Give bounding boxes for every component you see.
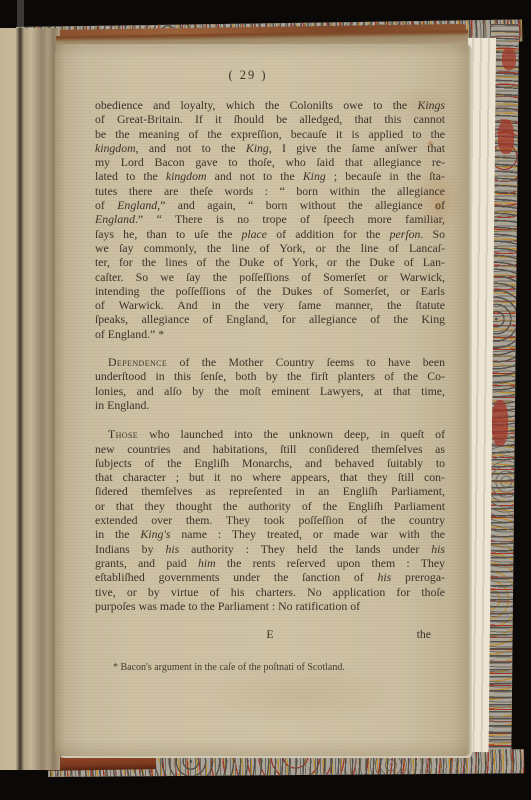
text-line: tive, or by virtue of his charters. No a… [95, 585, 445, 599]
text-block: obedience and loyalty, which the Coloniſ… [95, 98, 445, 674]
catchword: the [417, 627, 431, 641]
text-line: lated to the kingdom and not to the King… [95, 169, 445, 183]
footnote: * Bacon's argument in the caſe of the po… [95, 662, 445, 674]
text-line: ter, for the lines of the Duke of York, … [95, 255, 445, 269]
marble-red-patch [502, 48, 516, 70]
text-line: purpoſes was made to the Parliament : No… [95, 599, 445, 613]
signature-row: E the [95, 627, 445, 641]
book-scan: ( 29 ) obedience and loyalty, which the … [0, 0, 531, 800]
text-line: eſtabliſhed governments under the ſancti… [95, 570, 445, 584]
book-page: ( 29 ) obedience and loyalty, which the … [55, 44, 468, 756]
text-line: in England. [95, 398, 445, 412]
text-line: of England.” * [95, 327, 445, 341]
gutter-pages [0, 28, 60, 770]
text-line: England.” “ There is no trope of ſpeech … [95, 212, 445, 226]
paragraph: obedience and loyalty, which the Coloniſ… [95, 98, 445, 341]
signature-mark: E [266, 627, 273, 641]
text-line: be the meaning of the expreſſion, becauſ… [95, 127, 445, 141]
text-line: kingdom, and not to the King, I give the… [95, 141, 445, 155]
paragraphs-container: obedience and loyalty, which the Coloniſ… [95, 98, 445, 613]
page-number-header: ( 29 ) [73, 68, 423, 83]
text-line: Those who launched into the unknown deep… [95, 427, 445, 441]
text-line: Indians by his authority : They held the… [95, 542, 445, 556]
text-line: tutes there are theſe words : “ born wit… [95, 184, 445, 198]
text-line: grants, and paid him the rents reſerved … [95, 556, 445, 570]
paragraph: Dependence of the Mother Country ſeems t… [95, 355, 445, 412]
text-line: Dependence of the Mother Country ſeems t… [95, 355, 445, 369]
text-line: ſidered themſelves as repreſented in an … [95, 484, 445, 498]
text-line: new countries and habitations, ſtill con… [95, 442, 445, 456]
marble-red-patch [492, 400, 508, 446]
text-line: underſtood in this ſenſe, both by the fi… [95, 369, 445, 383]
text-line: that character ; but it no where appears… [95, 470, 445, 484]
text-line: ſubjects of the Engliſh Monarchs, and be… [95, 456, 445, 470]
text-line: in the King's name : They treated, or ma… [95, 527, 445, 541]
text-line: lonies, and alſo by the moſt eminent Law… [95, 384, 445, 398]
text-line: obedience and loyalty, which the Coloniſ… [95, 98, 445, 112]
marble-red-patch [498, 120, 514, 154]
text-line: of England,” and again, “ born without t… [95, 198, 445, 212]
text-line: of Warwick. And in the very ſame manner,… [95, 298, 445, 312]
paragraph: Those who launched into the unknown deep… [95, 427, 445, 613]
text-line: my Lord Bacon gave to thoſe, who ſaid th… [95, 155, 445, 169]
spine-leather-bottom [46, 756, 156, 771]
text-line: we ſay commonly, the line of York, or th… [95, 241, 445, 255]
text-line: ſays he, than to uſe the place of additi… [95, 227, 445, 241]
text-line: extended over them. They took poſſeſſion… [95, 513, 445, 527]
text-line: caſter. So we ſay the poſſeſſions of Som… [95, 270, 445, 284]
text-line: intending the poſſeſſions of the Dukes o… [95, 284, 445, 298]
text-line: ſpeaks, allegiance of England, for alleg… [95, 312, 445, 326]
text-line: or that they thought the authority of th… [95, 499, 445, 513]
text-line: of Great-Britain. If it ſhould be alledg… [95, 112, 445, 126]
